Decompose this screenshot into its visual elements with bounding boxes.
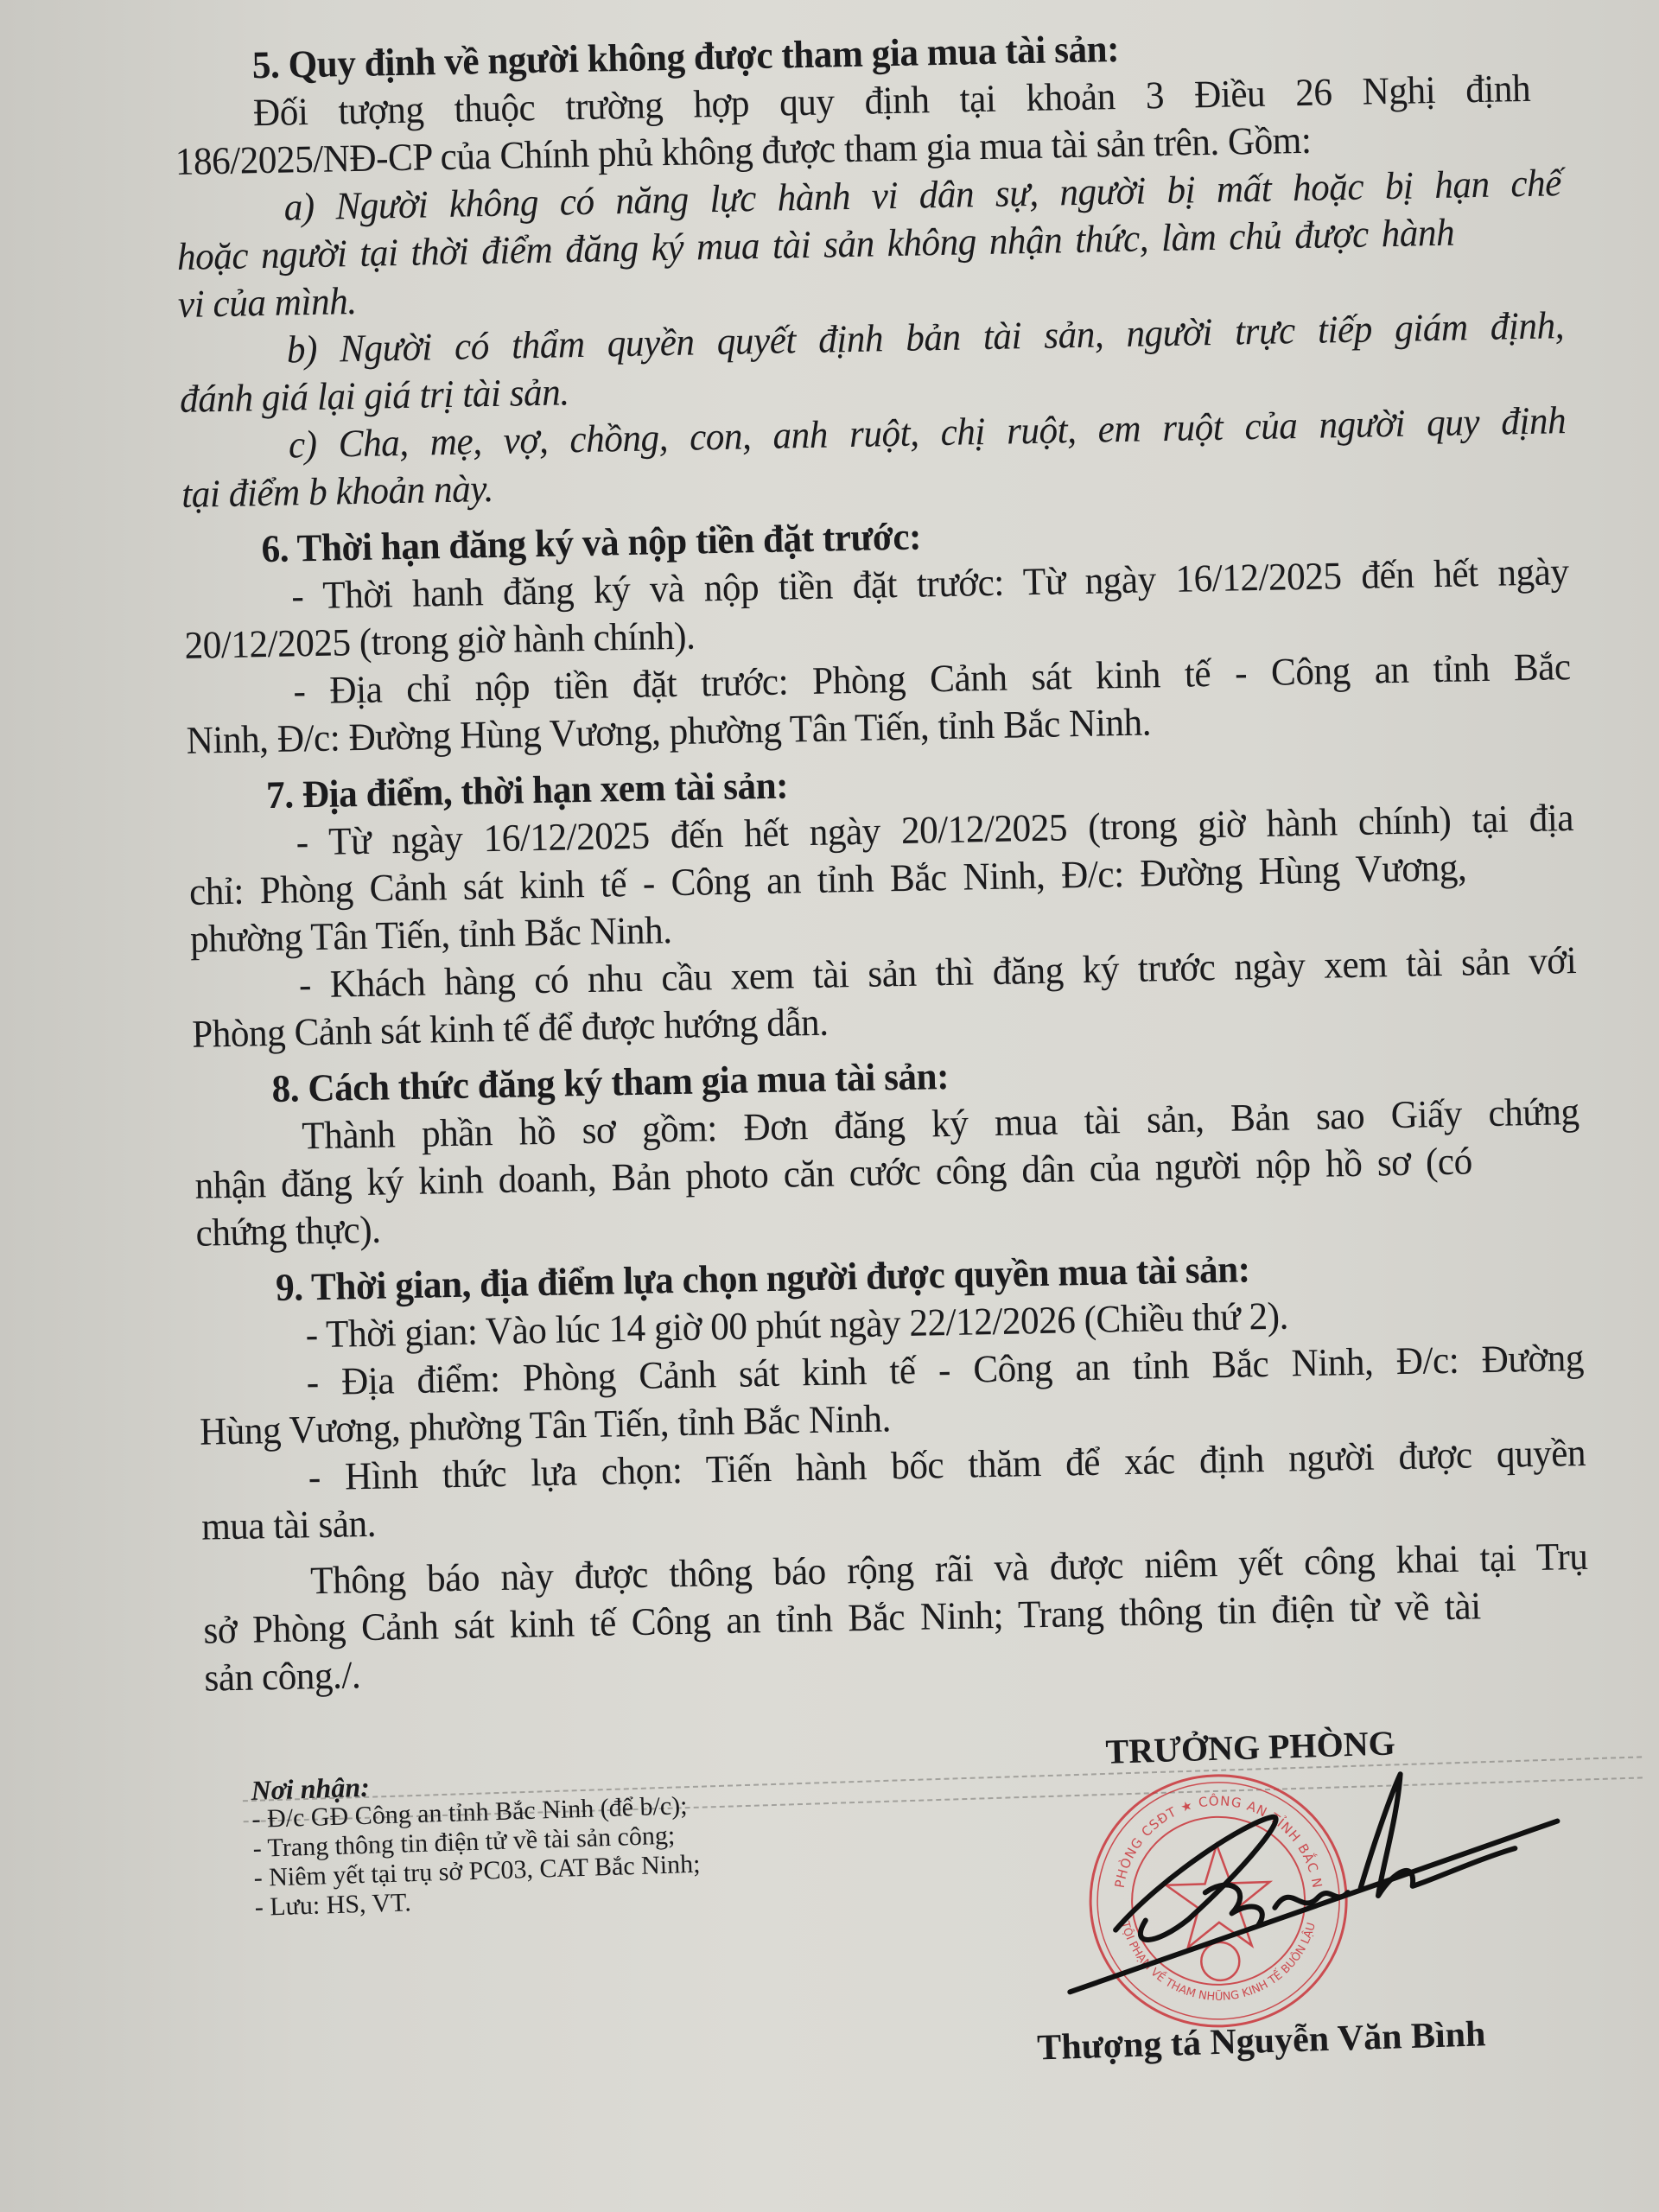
document-body: 5. Quy định về người không được tham gia… [173,9,1535,1701]
recipients-block: Nơi nhận: - Đ/c GĐ Công an tỉnh Bắc Ninh… [251,1762,702,1923]
document-footer: Nơi nhận: - Đ/c GĐ Công an tỉnh Bắc Ninh… [251,1735,1559,2173]
handwritten-signature-icon [1028,1760,1571,2018]
